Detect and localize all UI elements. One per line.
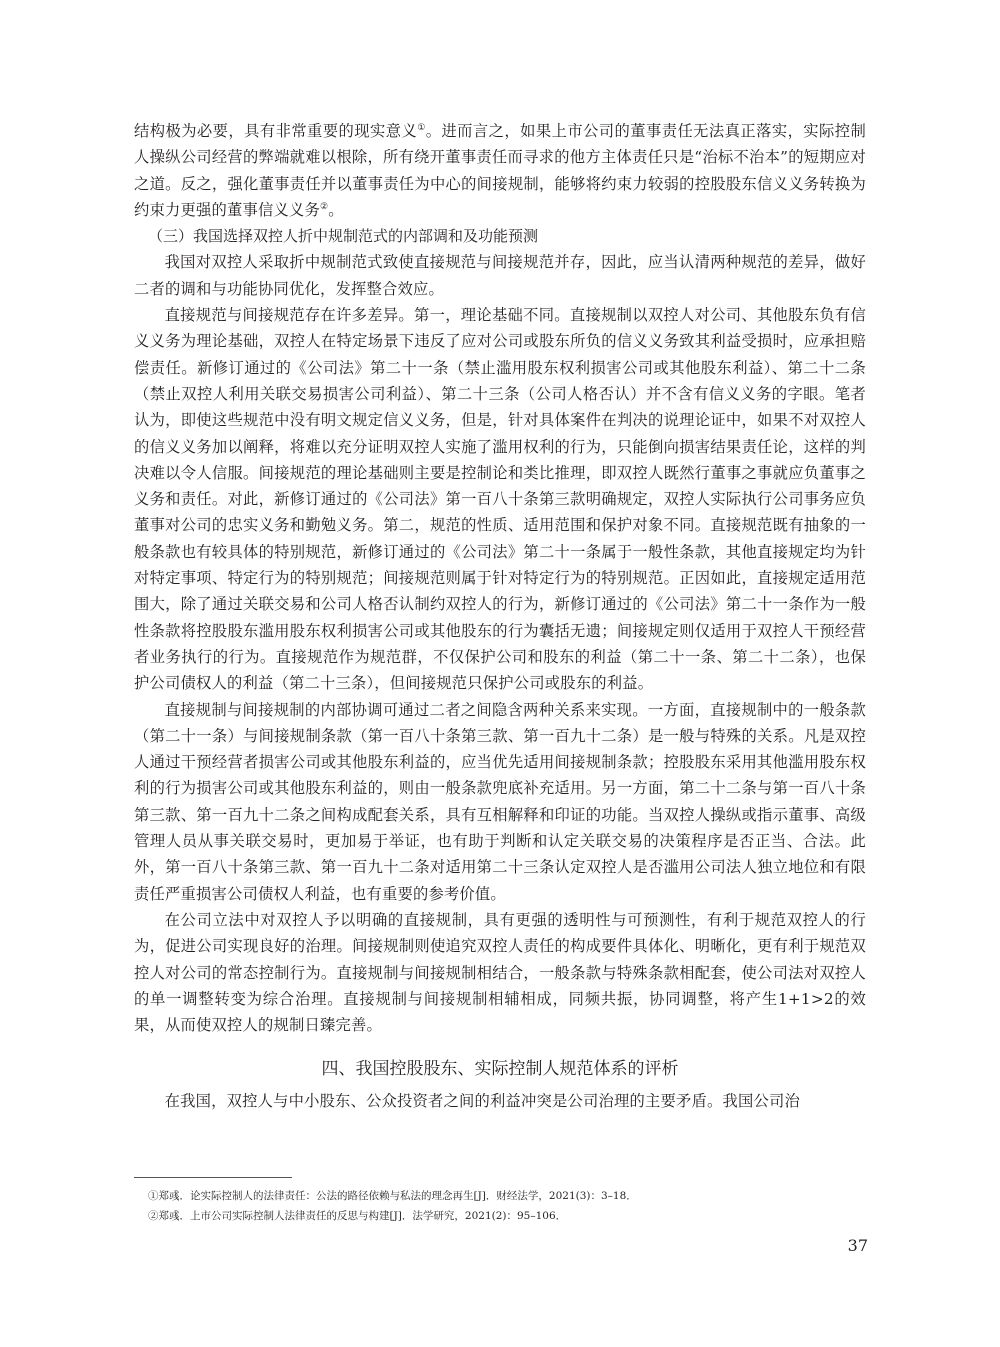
paragraph: 在我国，双控人与中小股东、公众投资者之间的利益冲突是公司治理的主要矛盾。我国公司… [134,1088,866,1114]
footnote-1: ①郑彧．论实际控制人的法律责任：公法的路径依赖与私法的理念再生[J]．财经法学，… [148,1186,868,1206]
footnote-2: ②郑彧．上市公司实际控制人法律责任的反思与构建[J]．法学研究，2021(2)：… [148,1206,868,1226]
footnote-divider [134,1177,292,1178]
paragraph-text: 结构极为必要，具有非常重要的现实意义 [134,122,417,140]
section-heading: 四、我国控股股东、实际控制人规范体系的评析 [134,1056,866,1082]
paragraph: 在公司立法中对双控人予以明确的直接规制，具有更强的透明性与可预测性，有利于规范双… [134,907,866,1038]
paragraph-continuation: 结构极为必要，具有非常重要的现实意义①。进而言之，如果上市公司的董事责任无法真正… [134,118,866,223]
paragraph: 直接规制与间接规制的内部协调可通过二者之间隐含两种关系来实现。一方面，直接规制中… [134,697,866,907]
paragraph: 我国对双控人采取折中规制范式致使直接规范与间接规范并存，因此，应当认清两种规范的… [134,249,866,302]
page-number: 37 [848,1236,868,1255]
footnote-ref-1[interactable]: ① [417,123,426,133]
page-body: 结构极为必要，具有非常重要的现实意义①。进而言之，如果上市公司的董事责任无法真正… [134,118,866,1115]
paragraph: 直接规范与间接规范存在许多差异。第一，理论基础不同。直接规制以双控人对公司、其他… [134,302,866,696]
footnotes: ①郑彧．论实际控制人的法律责任：公法的路径依赖与私法的理念再生[J]．财经法学，… [148,1186,868,1226]
footnote-ref-2[interactable]: ② [320,202,328,212]
subsection-heading: （三）我国选择双控人折中规制范式的内部调和及功能预测 [134,223,866,249]
paragraph-text: 。 [328,201,344,219]
